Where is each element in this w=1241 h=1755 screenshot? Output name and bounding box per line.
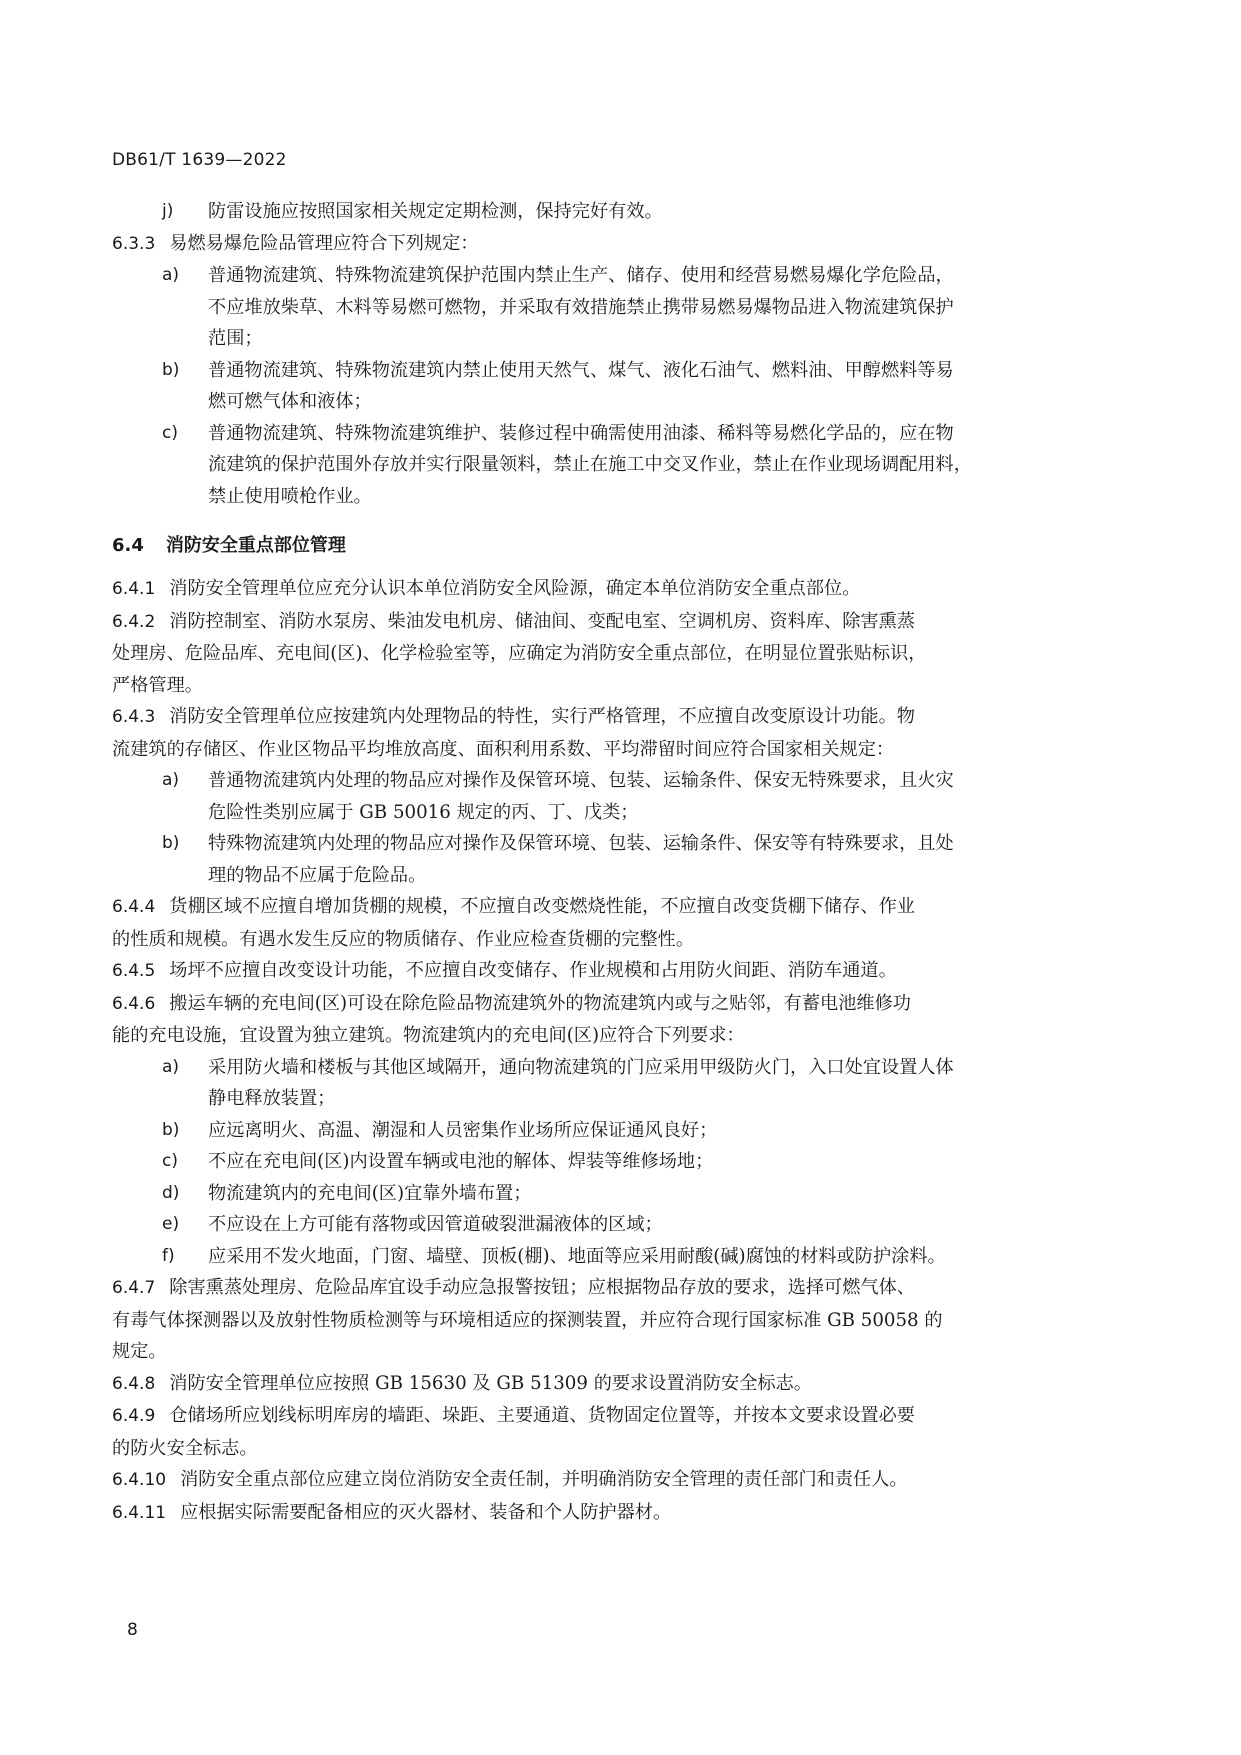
list-marker: a) [162, 1052, 179, 1084]
list-item-line: 采用防火墙和楼板与其他区域隔开，通向物流建筑的门应采用甲级防火门，入口处宜设置人… [208, 1052, 1100, 1084]
clause-number: 6.4.9 [112, 1406, 155, 1426]
clause-6-4-6: 6.4.6搬运车辆的充电间(区)可设在除危险品物流建筑外的物流建筑内或与之贴邻，… [112, 988, 1100, 1052]
document-body: j) 防雷设施应按照国家相关规定定期检测，保持完好有效。 6.3.3易燃易爆危险… [112, 196, 1100, 1529]
clause-text: 场坪不应擅自改变设计功能，不应擅自改变储存、作业规模和占用防火间距、消防车通道。 [169, 960, 897, 981]
clause-6-4-7: 6.4.7除害熏蒸处理房、危险品库宜设手动应急报警按钮；应根据物品存放的要求，选… [112, 1272, 1100, 1368]
clause-text: 消防控制室、消防水泵房、柴油发电机房、储油间、变配电室、空调机房、资料库、除害熏… [169, 611, 915, 632]
list-item-line: 不应设在上方可能有落物或因管道破裂泄漏液体的区域； [208, 1209, 1100, 1241]
list-item-line: 禁止使用喷枪作业。 [208, 481, 1100, 513]
clause-line: 规定。 [112, 1336, 1100, 1368]
list-item-a: a) 采用防火墙和楼板与其他区域隔开，通向物流建筑的门应采用甲级防火门，入口处宜… [112, 1052, 1100, 1115]
clause-number: 6.4.6 [112, 994, 155, 1014]
clause-text: 消防安全管理单位应充分认识本单位消防安全风险源，确定本单位消防安全重点部位。 [169, 578, 860, 599]
clause-number: 6.4.11 [112, 1503, 166, 1523]
list-item-line: 范围； [208, 323, 1100, 355]
list-item-line: 普通物流建筑、特殊物流建筑维护、装修过程中确需使用油漆、稀料等易燃化学品的，应在… [208, 418, 1100, 450]
list-item-line: 物流建筑内的充电间(区)宜靠外墙布置； [208, 1178, 1100, 1210]
clause-number: 6.4.7 [112, 1278, 155, 1298]
list-marker: b) [162, 355, 179, 387]
clause-text: 仓储场所应划线标明库房的墙距、垛距、主要通道、货物固定位置等，并按本文要求设置必… [169, 1405, 915, 1426]
list-marker: f) [162, 1241, 175, 1273]
list-item-line: 普通物流建筑、特殊物流建筑保护范围内禁止生产、储存、使用和经营易燃易爆化学危险品… [208, 260, 1100, 292]
clause-number: 6.4.5 [112, 961, 155, 981]
list-marker: b) [162, 828, 179, 860]
list-item-b: b) 应远离明火、高温、潮湿和人员密集作业场所应保证通风良好； [112, 1115, 1100, 1147]
list-marker: e) [162, 1209, 179, 1241]
list-item-c: c) 不应在充电间(区)内设置车辆或电池的解体、焊装等维修场地； [112, 1146, 1100, 1178]
list-item-j: j) 防雷设施应按照国家相关规定定期检测，保持完好有效。 [112, 196, 1100, 228]
clause-number: 6.4.3 [112, 707, 155, 727]
clause-text: 货棚区域不应擅自增加货棚的规模，不应擅自改变燃烧性能，不应擅自改变货棚下储存、作… [169, 896, 915, 917]
list-item-line: 不应在充电间(区)内设置车辆或电池的解体、焊装等维修场地； [208, 1146, 1100, 1178]
clause-text: 消防安全管理单位应按照 GB 15630 及 GB 51309 的要求设置消防安… [169, 1373, 812, 1394]
clause-line: 处理房、危险品库、充电间(区)、化学检验室等，应确定为消防安全重点部位，在明显位… [112, 638, 1100, 670]
clause-line: 严格管理。 [112, 670, 1100, 702]
list-item-a: a) 普通物流建筑内处理的物品应对操作及保管环境、包装、运输条件、保安无特殊要求… [112, 765, 1100, 828]
clause-6-4-1: 6.4.1消防安全管理单位应充分认识本单位消防安全风险源，确定本单位消防安全重点… [112, 573, 1100, 606]
clause-6-4-2: 6.4.2消防控制室、消防水泵房、柴油发电机房、储油间、变配电室、空调机房、资料… [112, 606, 1100, 702]
list-item-line: 理的物品不应属于危险品。 [208, 860, 1100, 892]
document-code: DB61/T 1639—2022 [112, 150, 287, 170]
clause-line: 的防火安全标志。 [112, 1433, 1100, 1465]
list-item-line: 不应堆放柴草、木料等易燃可燃物，并采取有效措施禁止携带易燃易爆物品进入物流建筑保… [208, 292, 1100, 324]
section-heading-6-4: 6.4消防安全重点部位管理 [112, 530, 1100, 561]
list-item-line: 流建筑的保护范围外存放并实行限量领料，禁止在施工中交叉作业，禁止在作业现场调配用… [208, 449, 1100, 481]
list-item-line: 普通物流建筑、特殊物流建筑内禁止使用天然气、煤气、液化石油气、燃料油、甲醇燃料等… [208, 355, 1100, 387]
clause-6-4-5: 6.4.5场坪不应擅自改变设计功能，不应擅自改变储存、作业规模和占用防火间距、消… [112, 955, 1100, 988]
list-item-c: c) 普通物流建筑、特殊物流建筑维护、装修过程中确需使用油漆、稀料等易燃化学品的… [112, 418, 1100, 513]
clause-6-4-10: 6.4.10消防安全重点部位应建立岗位消防安全责任制，并明确消防安全管理的责任部… [112, 1464, 1100, 1497]
list-item-d: d) 物流建筑内的充电间(区)宜靠外墙布置； [112, 1178, 1100, 1210]
clause-number: 6.4.8 [112, 1374, 155, 1394]
section-number: 6.4 [112, 535, 144, 556]
page-number: 8 [127, 1620, 138, 1640]
list-item-line: 特殊物流建筑内处理的物品应对操作及保管环境、包装、运输条件、保安等有特殊要求，且… [208, 828, 1100, 860]
list-item-line: 普通物流建筑内处理的物品应对操作及保管环境、包装、运输条件、保安无特殊要求，且火… [208, 765, 1100, 797]
clause-text: 消防安全重点部位应建立岗位消防安全责任制，并明确消防安全管理的责任部门和责任人。 [180, 1469, 908, 1490]
clause-6-4-8: 6.4.8消防安全管理单位应按照 GB 15630 及 GB 51309 的要求… [112, 1368, 1100, 1401]
list-item-b: b) 普通物流建筑、特殊物流建筑内禁止使用天然气、煤气、液化石油气、燃料油、甲醇… [112, 355, 1100, 418]
list-item-e: e) 不应设在上方可能有落物或因管道破裂泄漏液体的区域； [112, 1209, 1100, 1241]
list-item-line: 静电释放装置； [208, 1083, 1100, 1115]
document-page: DB61/T 1639—2022 j) 防雷设施应按照国家相关规定定期检测，保持… [0, 0, 1241, 1755]
list-item-f: f) 应采用不发火地面，门窗、墙壁、顶板(棚)、地面等应采用耐酸(碱)腐蚀的材料… [112, 1241, 1100, 1273]
list-item-line: 危险性类别应属于 GB 50016 规定的丙、丁、戊类； [208, 797, 1100, 829]
list-marker: c) [162, 418, 178, 450]
list-item-b: b) 特殊物流建筑内处理的物品应对操作及保管环境、包装、运输条件、保安等有特殊要… [112, 828, 1100, 891]
list-marker: b) [162, 1115, 179, 1147]
clause-6-4-4: 6.4.4货棚区域不应擅自增加货棚的规模，不应擅自改变燃烧性能，不应擅自改变货棚… [112, 891, 1100, 955]
clause-6-4-3: 6.4.3消防安全管理单位应按建筑内处理物品的特性，实行严格管理，不应擅自改变原… [112, 701, 1100, 765]
clause-text: 除害熏蒸处理房、危险品库宜设手动应急报警按钮；应根据物品存放的要求，选择可燃气体… [169, 1277, 915, 1298]
list-item-line: 应采用不发火地面，门窗、墙壁、顶板(棚)、地面等应采用耐酸(碱)腐蚀的材料或防护… [208, 1241, 1100, 1273]
clause-number: 6.4.4 [112, 897, 155, 917]
list-item-a: a) 普通物流建筑、特殊物流建筑保护范围内禁止生产、储存、使用和经营易燃易爆化学… [112, 260, 1100, 355]
clause-6-3-3: 6.3.3易燃易爆危险品管理应符合下列规定： [112, 228, 1100, 261]
clause-number: 6.4.10 [112, 1470, 166, 1490]
clause-text: 搬运车辆的充电间(区)可设在除危险品物流建筑外的物流建筑内或与之贴邻，有蓄电池维… [169, 993, 911, 1014]
list-item-text: 防雷设施应按照国家相关规定定期检测，保持完好有效。 [208, 201, 663, 222]
list-item-line: 燃可燃气体和液体； [208, 386, 1100, 418]
clause-line: 能的充电设施，宜设置为独立建筑。物流建筑内的充电间(区)应符合下列要求： [112, 1020, 1100, 1052]
clause-text: 消防安全管理单位应按建筑内处理物品的特性，实行严格管理，不应擅自改变原设计功能。… [169, 706, 915, 727]
list-marker: a) [162, 765, 179, 797]
clause-line: 流建筑的存储区、作业区物品平均堆放高度、面积利用系数、平均滞留时间应符合国家相关… [112, 734, 1100, 766]
list-marker: j) [162, 196, 173, 228]
clause-number: 6.4.2 [112, 612, 155, 632]
clause-number: 6.4.1 [112, 579, 155, 599]
list-marker: d) [162, 1178, 179, 1210]
clause-line: 的性质和规模。有遇水发生反应的物质储存、作业应检查货棚的完整性。 [112, 924, 1100, 956]
list-marker: a) [162, 260, 179, 292]
clause-6-4-9: 6.4.9仓储场所应划线标明库房的墙距、垛距、主要通道、货物固定位置等，并按本文… [112, 1400, 1100, 1464]
list-marker: c) [162, 1146, 178, 1178]
clause-text: 易燃易爆危险品管理应符合下列规定： [169, 233, 478, 254]
clause-6-4-11: 6.4.11应根据实际需要配备相应的灭火器材、装备和个人防护器材。 [112, 1497, 1100, 1530]
list-item-line: 应远离明火、高温、潮湿和人员密集作业场所应保证通风良好； [208, 1115, 1100, 1147]
clause-number: 6.3.3 [112, 234, 155, 254]
section-title: 消防安全重点部位管理 [166, 535, 346, 556]
clause-line: 有毒气体探测器以及放射性物质检测等与环境相适应的探测装置，并应符合现行国家标准 … [112, 1305, 1100, 1337]
clause-text: 应根据实际需要配备相应的灭火器材、装备和个人防护器材。 [180, 1502, 671, 1523]
